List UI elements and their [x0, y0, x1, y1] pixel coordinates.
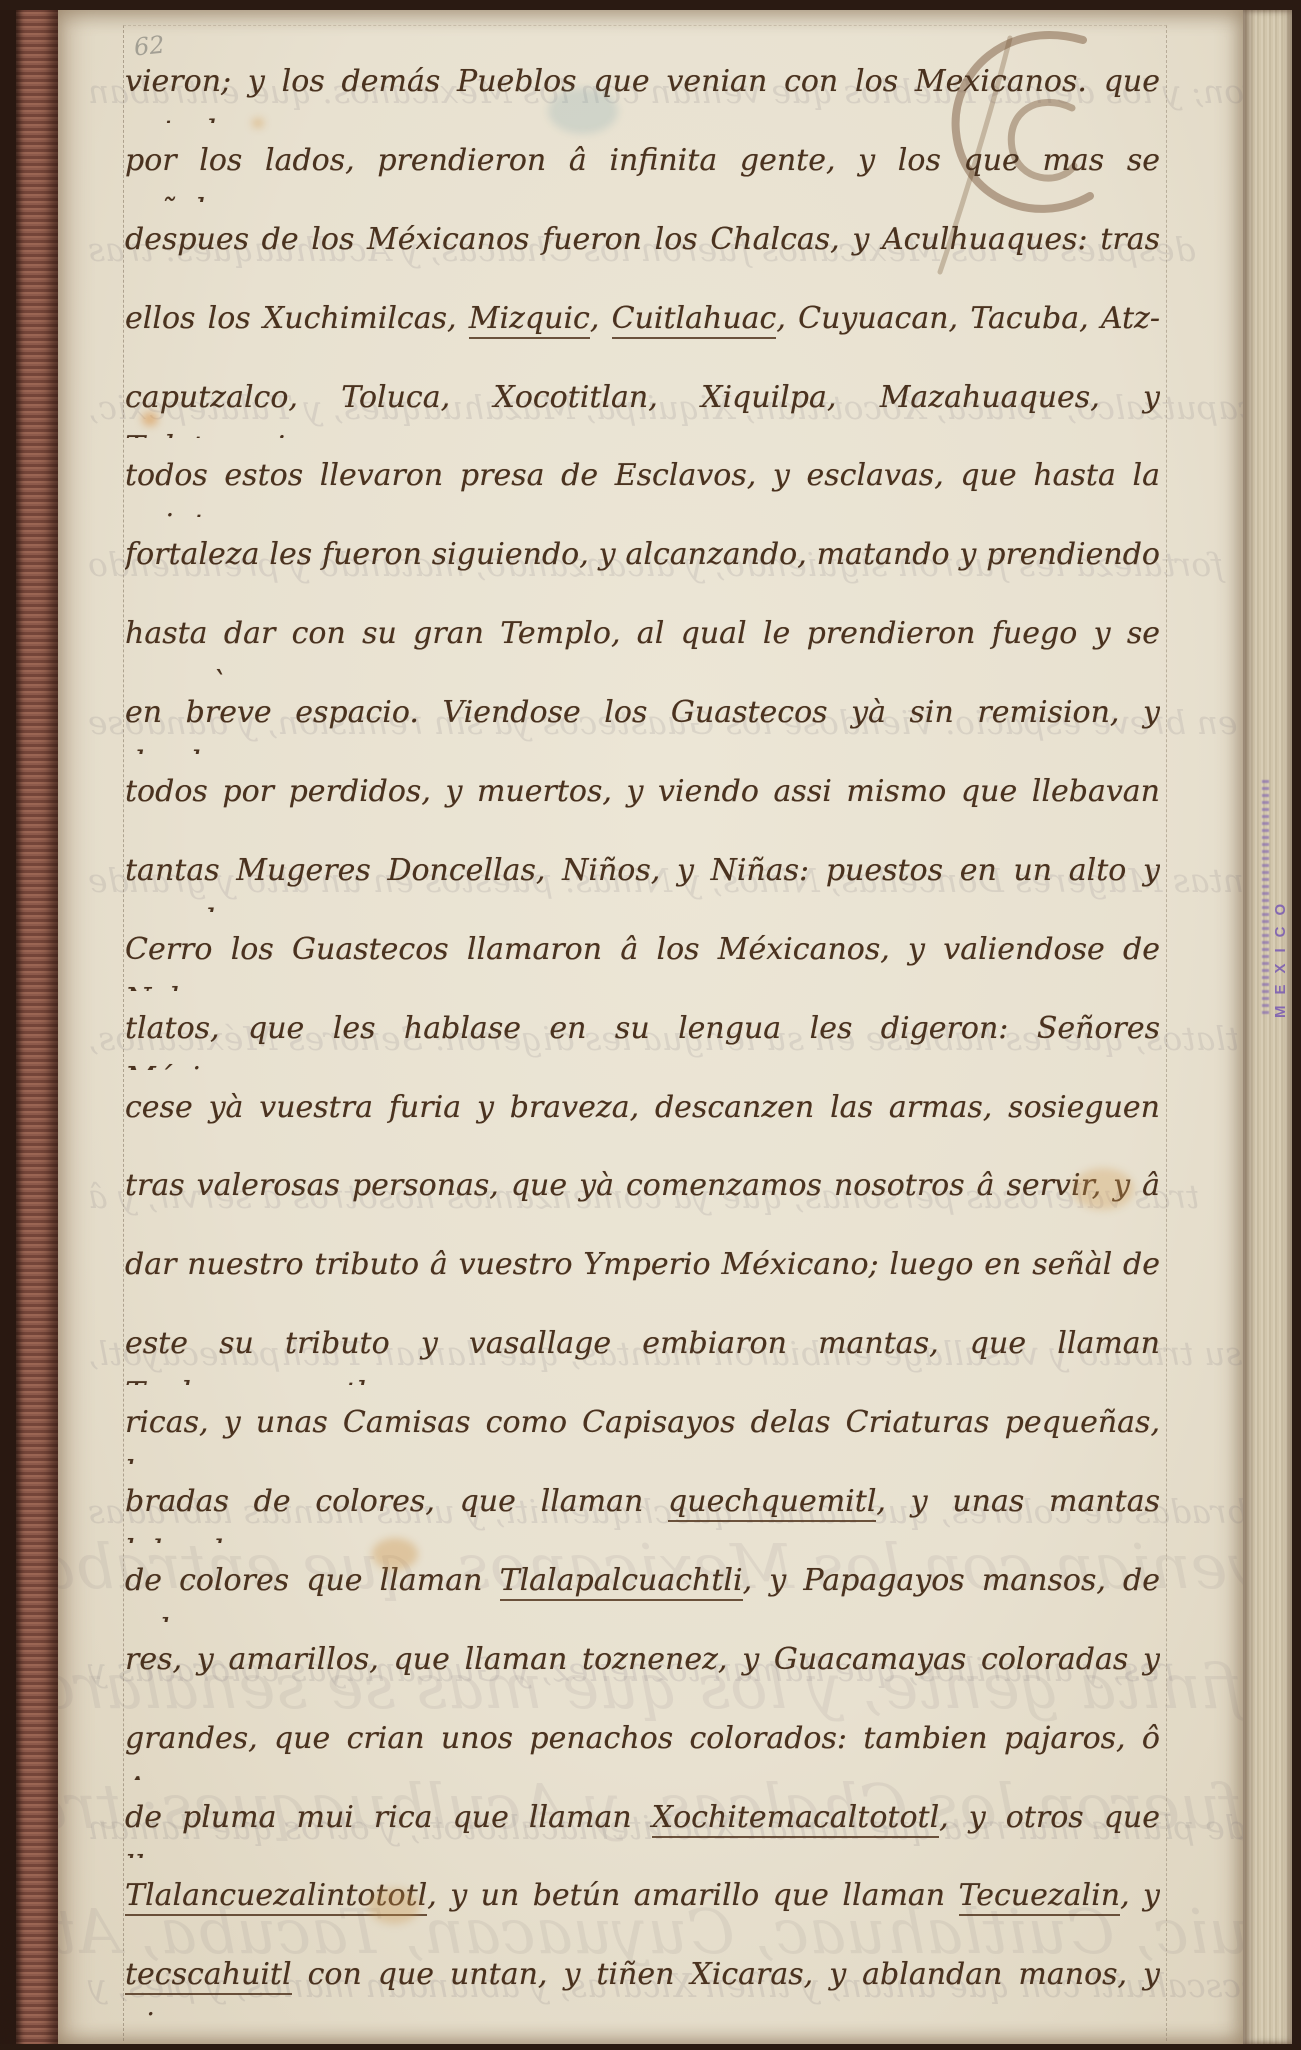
underlined-word: Mizquic — [469, 301, 590, 339]
text-segment: res, y amarillos, que llaman toznenez, y… — [125, 1642, 1160, 1677]
paper-stain — [372, 1538, 418, 1570]
facing-page-edge — [1243, 10, 1292, 2044]
manuscript-line: Cerro los Guastecos llamaron â los Méxic… — [125, 912, 1160, 991]
text-segment: , — [590, 301, 612, 336]
manuscript-line: todos por perdidos, y muertos, y viendo … — [125, 754, 1160, 833]
book-binding-left — [0, 0, 16, 2050]
text-segment: Cerro los Guastecos llamaron â los Méxic… — [125, 932, 1160, 991]
text-segment: grandes, que crian unos penachos colorad… — [125, 1721, 1160, 1780]
binding-bottom-edge — [0, 2044, 1301, 2050]
page-edge-stack — [16, 0, 58, 2050]
text-segment: tras valerosas personas, que yà comenzam… — [125, 1168, 1160, 1203]
underlined-word: Tlalapalcuachtli — [500, 1563, 743, 1601]
stamp-smudge — [1262, 780, 1269, 1018]
text-segment: este su tributo y vasallage embiaron man… — [125, 1326, 1160, 1361]
text-segment: ricas, y unas Camisas como Capisayos del… — [125, 1405, 1160, 1464]
text-segment: de colores que llaman — [125, 1563, 500, 1598]
manuscript-line: tlatos, que les hablase en su lengua les… — [125, 991, 1160, 1070]
text-segment: caputzalco, Toluca, Xocotitlan, Xiquilpa… — [125, 380, 1160, 415]
manuscript-line: en breve espacio. Viendose los Guastecos… — [125, 675, 1160, 754]
manuscript-line: tecscahuitl con que untan, y tiñen Xicar… — [125, 1937, 1160, 2016]
manuscript-line: caputzalco, Toluca, Xocotitlan, Xiquilpa… — [125, 360, 1160, 439]
manuscript-line: vieron; y los demás Pueblos que venian c… — [125, 44, 1160, 123]
manuscript-line: ellos los Xuchimilcas, Mizquic, Cuitlahu… — [125, 281, 1160, 360]
manuscript-line: de colores que llaman Tlalapalcuachtli, … — [125, 1543, 1160, 1622]
manuscript-line: de pluma mui rica que llaman Xochitemaca… — [125, 1780, 1160, 1859]
manuscript-line: tantas Mugeres Doncellas, Niños, y Niñas… — [125, 833, 1160, 912]
underlined-word: Cuitlahuac — [612, 301, 777, 339]
underlined-word: Xochitemacaltototl — [652, 1800, 939, 1838]
underlined-word: Tecuezalin — [959, 1878, 1121, 1916]
paper-stain — [142, 412, 158, 426]
text-segment: bradas de colores, que llaman — [125, 1484, 668, 1519]
manuscript-line: todos estos llevaron presa de Esclavos, … — [125, 438, 1160, 517]
manuscript-line: fortaleza les fueron siguiendo, y alcanz… — [125, 517, 1160, 596]
text-segment: en breve espacio. Viendose los Guastecos… — [125, 695, 1160, 754]
manuscript-line: ricas, y unas Camisas como Capisayos del… — [125, 1385, 1160, 1464]
paper-stain — [1072, 1168, 1134, 1210]
manuscript-photo: vieron; y los demás Pueblos que venian c… — [0, 0, 1301, 2050]
manuscript-line: dar nuestro tributo â vuestro Ymperio Mé… — [125, 1227, 1160, 1306]
text-segment: de pluma mui rica que llaman — [125, 1800, 652, 1835]
binding-top-edge — [0, 0, 1301, 10]
text-segment: , — [302, 430, 312, 439]
underlined-word: quechquemitl — [668, 1484, 876, 1522]
text-segment: tantas Mugeres Doncellas, Niños, y Niñas… — [125, 853, 1160, 912]
text-segment: por los lados, prendieron â infinita gen… — [125, 143, 1160, 202]
manuscript-line: cese yà vuestra furia y braveza, descanz… — [125, 1070, 1160, 1149]
text-segment: , Cuyuacan, Tacuba, Atz- — [776, 301, 1160, 336]
manuscript-text: vieron; y los demás Pueblos que venian c… — [125, 44, 1160, 2016]
text-segment: cese yà vuestra furia y braveza, descanz… — [125, 1090, 1160, 1149]
manuscript-line: bradas de colores, que llaman quechquemi… — [125, 1464, 1160, 1543]
paper-stain — [252, 118, 264, 128]
manuscript-line: Tlalancuezalintototl, y un betún amarill… — [125, 1858, 1160, 1937]
text-segment: tlatos, que les hablase en su lengua les… — [125, 1011, 1160, 1070]
manuscript-line: por los lados, prendieron â infinita gen… — [125, 123, 1160, 202]
underlined-word: tecscahuitl — [125, 1957, 292, 1995]
manuscript-line: res, y amarillos, que llaman toznenez, y… — [125, 1622, 1160, 1701]
manuscript-line: hasta dar con su gran Templo, al qual le… — [125, 596, 1160, 675]
text-segment: , — [366, 1376, 376, 1385]
manuscript-line: tras valerosas personas, que yà comenzam… — [125, 1148, 1160, 1227]
manuscript-line: despues de los Méxicanos fueron los Chal… — [125, 202, 1160, 281]
text-segment: , y un betún amarillo que llaman — [427, 1878, 958, 1913]
mexico-stamp: MEXICO — [1272, 788, 1289, 1018]
text-segment: vieron; y los demás Pueblos que venian c… — [125, 64, 1160, 123]
text-segment: dar nuestro tributo â vuestro Ymperio Mé… — [125, 1247, 1160, 1282]
text-segment: , y — [1120, 1878, 1160, 1913]
paper-stain — [548, 88, 618, 134]
text-segment: todos por perdidos, y muertos, y viendo … — [125, 774, 1160, 833]
manuscript-line: este su tributo y vasallage embiaron man… — [125, 1306, 1160, 1385]
text-segment: ellos los Xuchimilcas, — [125, 301, 469, 336]
text-segment: fortaleza les fueron siguiendo, y alcanz… — [125, 537, 1160, 572]
underlined-word: Tuchpanecayotl — [125, 1376, 366, 1385]
text-segment: despues de los Méxicanos fueron los Chal… — [125, 222, 1160, 257]
manuscript-line: grandes, que crian unos penachos colorad… — [125, 1701, 1160, 1780]
underlined-word: Tulatepexic — [125, 430, 302, 439]
paper-stain — [368, 1888, 420, 1924]
book-binding-right — [1292, 0, 1301, 2050]
text-segment: todos estos llevaron presa de Esclavos, … — [125, 458, 1160, 517]
text-segment: hasta dar con su gran Templo, al qual le… — [125, 616, 1160, 675]
